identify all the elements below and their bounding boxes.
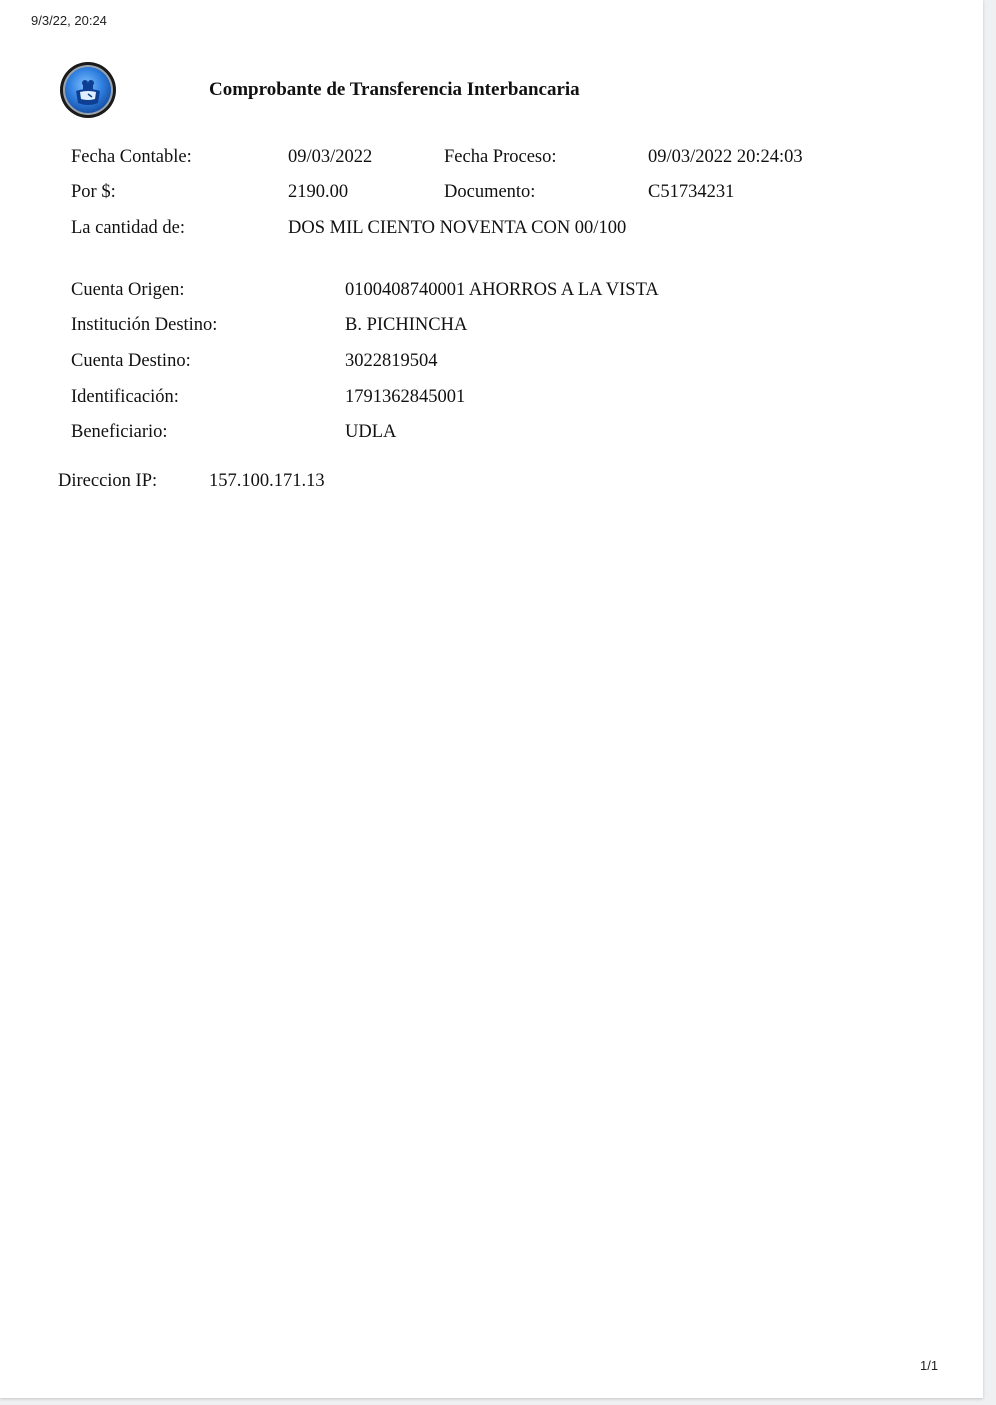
institucion-destino-value: B. PICHINCHA: [345, 315, 467, 336]
print-timestamp: 9/3/22, 20:24: [31, 13, 107, 28]
page-number: 1/1: [920, 1358, 938, 1373]
document-title: Comprobante de Transferencia Interbancar…: [209, 79, 580, 101]
ip-label: Direccion IP:: [58, 471, 157, 492]
identificacion-value: 1791362845001: [345, 387, 465, 408]
fecha-contable-label: Fecha Contable:: [71, 147, 192, 168]
monto-value: 2190.00: [288, 182, 348, 203]
fecha-proceso-label: Fecha Proceso:: [444, 147, 557, 168]
documento-value: C51734231: [648, 182, 734, 203]
cantidad-label: La cantidad de:: [71, 218, 185, 239]
cantidad-value: DOS MIL CIENTO NOVENTA CON 00/100: [288, 218, 626, 239]
bank-hands-logo-icon: [58, 61, 118, 119]
fecha-contable-value: 09/03/2022: [288, 147, 372, 168]
printed-page: 9/3/22, 20:24 Comprobante de Transferenc…: [0, 0, 983, 1398]
fecha-proceso-value: 09/03/2022 20:24:03: [648, 147, 803, 168]
documento-label: Documento:: [444, 182, 535, 203]
beneficiario-label: Beneficiario:: [71, 422, 168, 443]
identificacion-label: Identificación:: [71, 387, 179, 408]
cuenta-destino-label: Cuenta Destino:: [71, 351, 191, 372]
institucion-destino-label: Institución Destino:: [71, 315, 217, 336]
monto-label: Por $:: [71, 182, 116, 203]
ip-value: 157.100.171.13: [209, 471, 325, 492]
cuenta-origen-value: 0100408740001 AHORROS A LA VISTA: [345, 280, 659, 301]
beneficiario-value: UDLA: [345, 422, 396, 443]
cuenta-origen-label: Cuenta Origen:: [71, 280, 185, 301]
cuenta-destino-value: 3022819504: [345, 351, 438, 372]
